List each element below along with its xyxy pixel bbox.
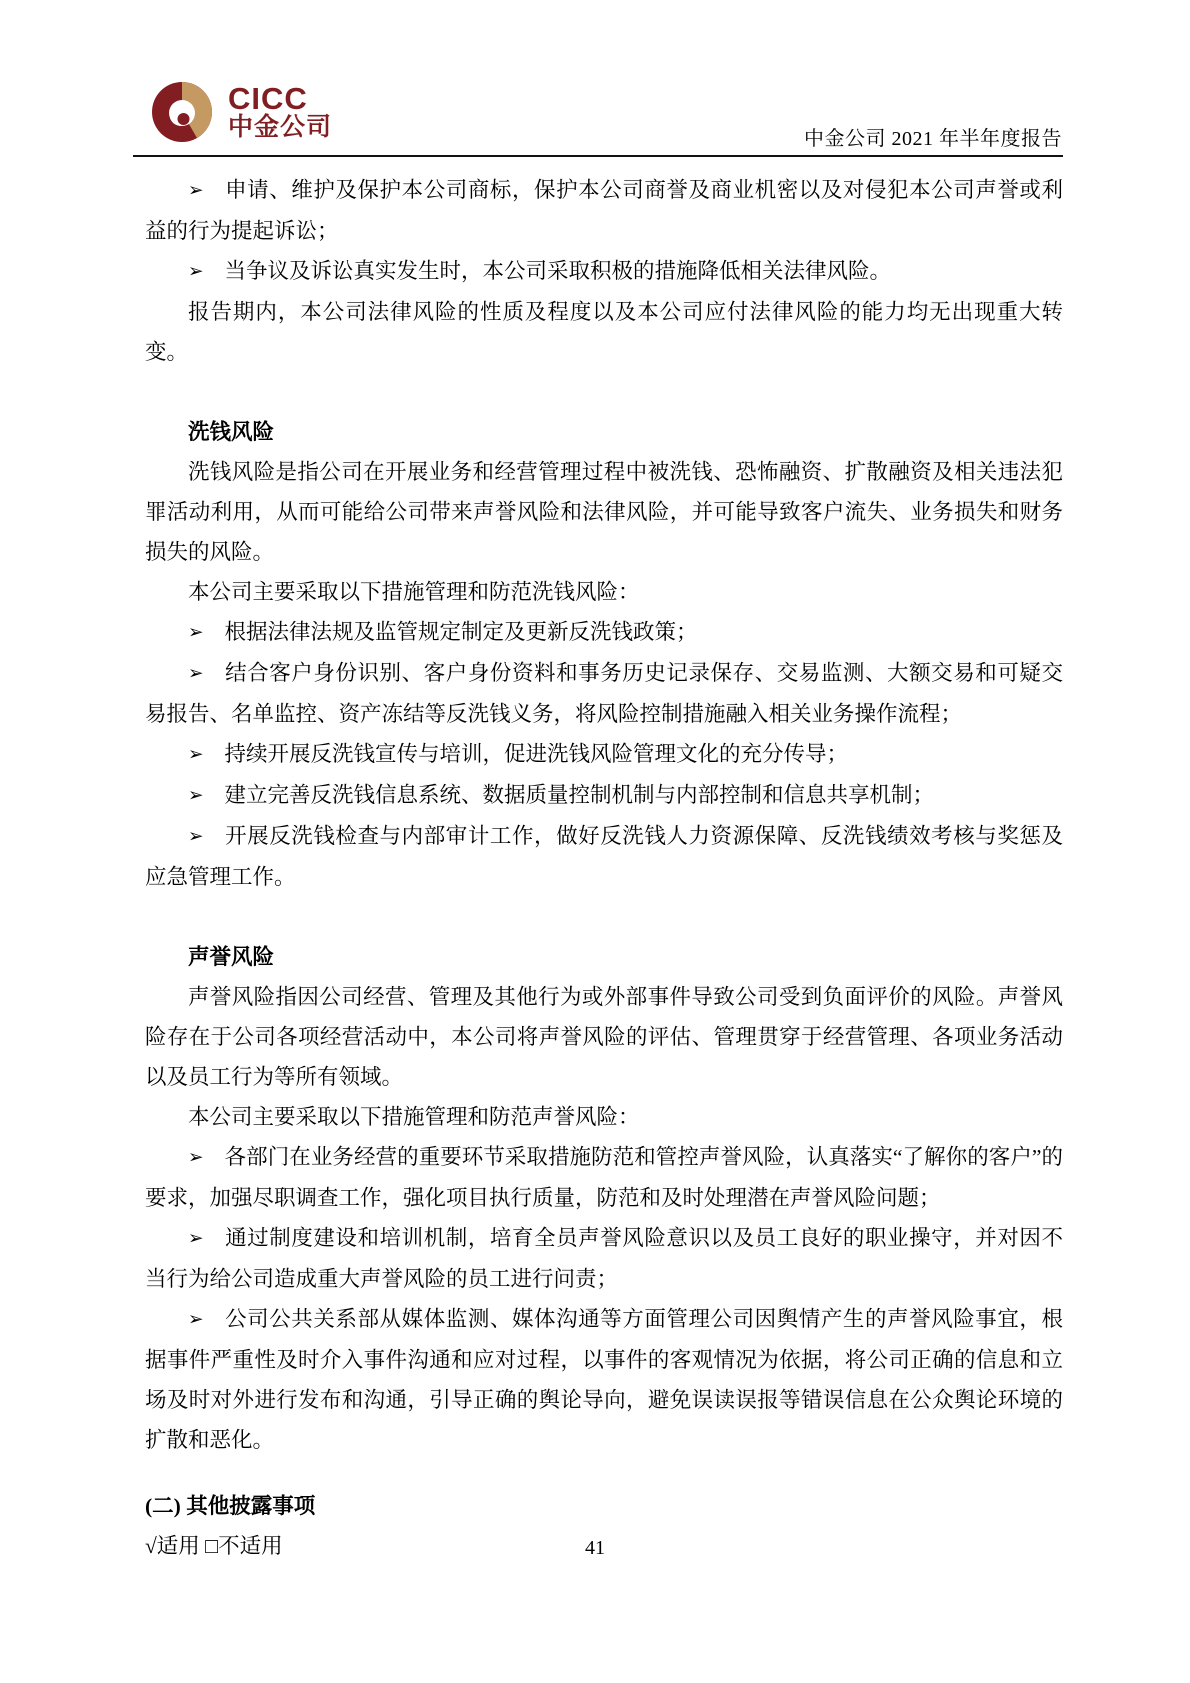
logo-brand-cn: 中金公司 (228, 115, 332, 141)
document-body: ➢申请、维护及保护本公司商标，保护本公司商誉及商业机密以及对侵犯本公司声誉或利益… (145, 170, 1063, 1566)
bullet-item: ➢开展反洗钱检查与内部审计工作，做好反洗钱人力资源保障、反洗钱绩效考核与奖惩及应… (145, 816, 1063, 897)
bullet-text: 当争议及诉讼真实发生时，本公司采取积极的措施降低相关法律风险。 (225, 259, 892, 283)
bullet-arrow-icon: ➢ (188, 653, 225, 693)
logo-brand-latin: CICC (228, 83, 332, 115)
bullet-item: ➢建立完善反洗钱信息系统、数据质量控制机制与内部控制和信息共享机制； (145, 775, 1063, 816)
bullet-arrow-icon: ➢ (188, 734, 225, 774)
section-heading: 声誉风险 (145, 937, 1063, 977)
bullet-arrow-icon: ➢ (188, 775, 225, 815)
paragraph: 本公司主要采取以下措施管理和防范声誉风险： (145, 1097, 1063, 1137)
bullet-text: 申请、维护及保护本公司商标，保护本公司商誉及商业机密以及对侵犯本公司声誉或利益的… (145, 178, 1063, 243)
bullet-item: ➢结合客户身份识别、客户身份资料和事务历史记录保存、交易监测、大额交易和可疑交易… (145, 653, 1063, 734)
paragraph: 报告期内，本公司法律风险的性质及程度以及本公司应付法律风险的能力均无出现重大转变… (145, 292, 1063, 372)
bullet-item: ➢公司公共关系部从媒体监测、媒体沟通等方面管理公司因舆情产生的声誉风险事宜，根据… (145, 1299, 1063, 1460)
paragraph: 声誉风险指因公司经营、管理及其他行为或外部事件导致公司受到负面评价的风险。声誉风… (145, 977, 1063, 1097)
bullet-arrow-icon: ➢ (188, 816, 225, 856)
bullet-arrow-icon: ➢ (188, 1218, 225, 1258)
bullet-text: 公司公共关系部从媒体监测、媒体沟通等方面管理公司因舆情产生的声誉风险事宜，根据事… (145, 1307, 1063, 1452)
bullet-text: 根据法律法规及监管规定制定及更新反洗钱政策； (225, 620, 698, 644)
paragraph: 洗钱风险是指公司在开展业务和经营管理过程中被洗钱、恐怖融资、扩散融资及相关违法犯… (145, 452, 1063, 572)
bullet-text: 开展反洗钱检查与内部审计工作，做好反洗钱人力资源保障、反洗钱绩效考核与奖惩及应急… (145, 824, 1063, 889)
report-page: CICC 中金公司 中金公司 2021 年半年度报告 ➢申请、维护及保护本公司商… (0, 0, 1190, 1683)
cicc-logo-icon (148, 80, 216, 144)
bullet-arrow-icon: ➢ (188, 1137, 225, 1177)
subsection-heading: (二) 其他披露事项 (145, 1486, 1063, 1526)
bullet-item: ➢申请、维护及保护本公司商标，保护本公司商誉及商业机密以及对侵犯本公司声誉或利益… (145, 170, 1063, 251)
bullet-item: ➢各部门在业务经营的重要环节采取措施防范和管控声誉风险，认真落实“了解你的客户”… (145, 1137, 1063, 1218)
bullet-text: 结合客户身份识别、客户身份资料和事务历史记录保存、交易监测、大额交易和可疑交易报… (145, 661, 1063, 726)
report-title: 中金公司 2021 年半年度报告 (804, 122, 1062, 151)
bullet-text: 持续开展反洗钱宣传与培训，促进洗钱风险管理文化的充分传导； (225, 742, 849, 766)
bullet-arrow-icon: ➢ (188, 1299, 225, 1339)
bullet-text: 通过制度建设和培训机制，培育全员声誉风险意识以及员工良好的职业操守，并对因不当行… (145, 1226, 1063, 1291)
bullet-arrow-icon: ➢ (188, 612, 225, 652)
bullet-item: ➢当争议及诉讼真实发生时，本公司采取积极的措施降低相关法律风险。 (145, 251, 1063, 292)
bullet-item: ➢根据法律法规及监管规定制定及更新反洗钱政策； (145, 612, 1063, 653)
section-heading: 洗钱风险 (145, 412, 1063, 452)
bullet-text: 各部门在业务经营的重要环节采取措施防范和管控声誉风险，认真落实“了解你的客户”的… (145, 1145, 1063, 1210)
bullet-arrow-icon: ➢ (188, 251, 225, 291)
bullet-arrow-icon: ➢ (188, 170, 225, 210)
bullet-text: 建立完善反洗钱信息系统、数据质量控制机制与内部控制和信息共享机制； (225, 783, 935, 807)
cicc-logo: CICC 中金公司 (148, 80, 332, 144)
header-divider (133, 155, 1063, 157)
bullet-item: ➢持续开展反洗钱宣传与培训，促进洗钱风险管理文化的充分传导； (145, 734, 1063, 775)
paragraph: 本公司主要采取以下措施管理和防范洗钱风险： (145, 572, 1063, 612)
page-number: 41 (0, 1537, 1190, 1560)
bullet-item: ➢通过制度建设和培训机制，培育全员声誉风险意识以及员工良好的职业操守，并对因不当… (145, 1218, 1063, 1299)
